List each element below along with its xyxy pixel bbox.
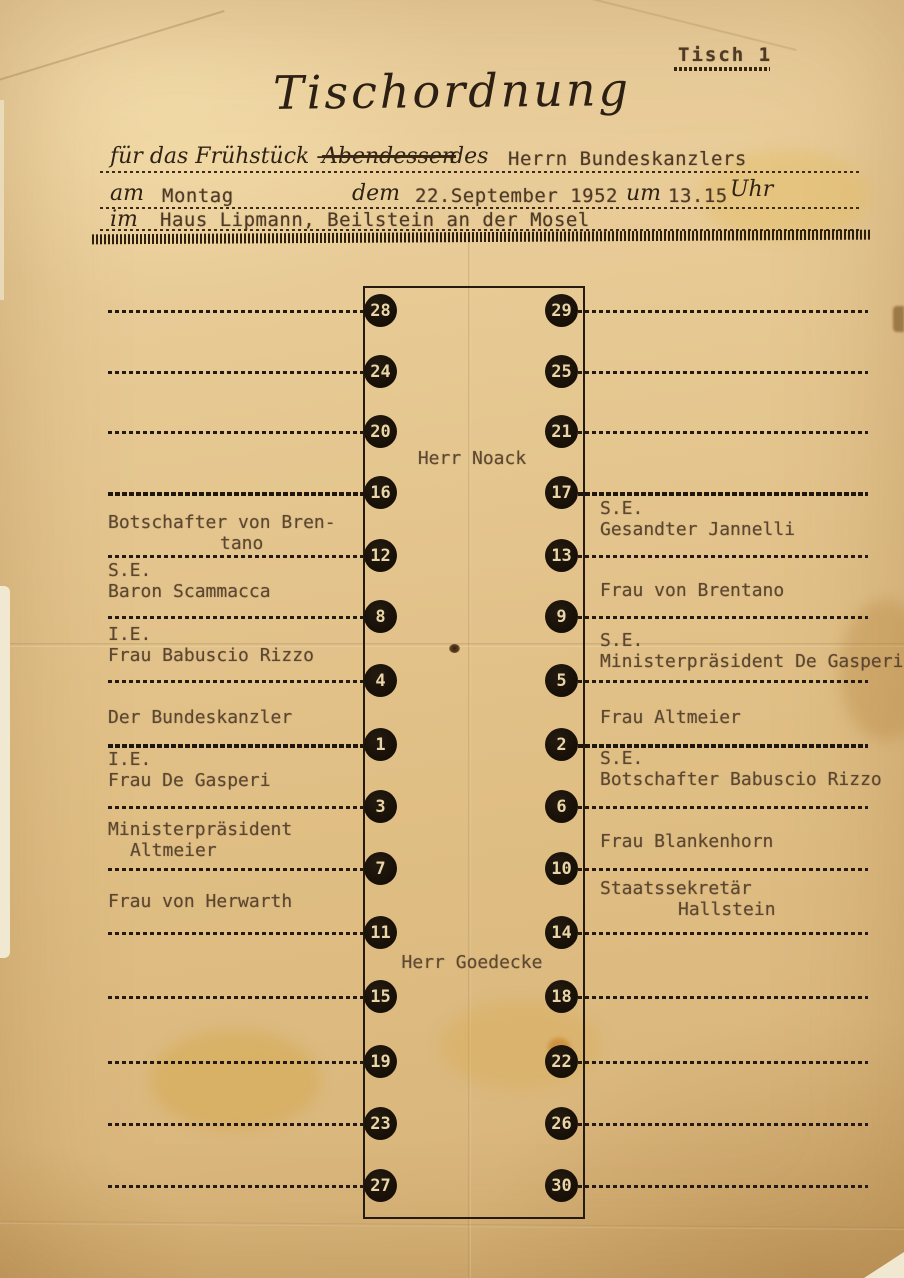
seat-number-7: 7 bbox=[364, 852, 397, 885]
seat-line-left bbox=[108, 1061, 366, 1064]
seat-line-left bbox=[108, 1185, 366, 1188]
paper-stain bbox=[150, 1030, 320, 1130]
seat-line-left bbox=[108, 1123, 366, 1126]
handwritten-dem: dem bbox=[352, 181, 400, 206]
guest-name: I.E.Frau De Gasperi bbox=[108, 749, 271, 791]
guest-name-line: Der Bundeskanzler bbox=[108, 707, 292, 728]
table-number-label: Tisch 1 bbox=[678, 44, 772, 66]
guest-name-line: I.E. bbox=[108, 624, 314, 645]
seat-number-24: 24 bbox=[364, 355, 397, 388]
seat-number-14: 14 bbox=[545, 916, 578, 949]
guest-name: S.E.Botschafter Babuscio Rizzo bbox=[600, 748, 882, 790]
seat-line-right bbox=[578, 616, 868, 619]
guest-name-line: S.E. bbox=[600, 748, 882, 769]
seat-number-8: 8 bbox=[364, 600, 397, 633]
scan-edge bbox=[0, 586, 10, 958]
seat-line-right bbox=[578, 371, 868, 374]
seat-number-19: 19 bbox=[364, 1045, 397, 1078]
seat-line-right bbox=[578, 806, 868, 809]
guest-name-line: Frau Altmeier bbox=[600, 707, 741, 728]
guest-name: S.E.Gesandter Jannelli bbox=[600, 498, 795, 540]
seat-number-5: 5 bbox=[545, 664, 578, 697]
guest-name-line: S.E. bbox=[108, 560, 271, 581]
guest-name: Der Bundeskanzler bbox=[108, 707, 292, 728]
handwritten-des: des bbox=[450, 144, 488, 169]
paper-tear bbox=[893, 306, 904, 332]
seat-line-left bbox=[108, 492, 366, 496]
guest-name-line: Ministerpräsident De Gasperi bbox=[600, 651, 903, 672]
guest-name-line: I.E. bbox=[108, 749, 271, 770]
seat-number-12: 12 bbox=[364, 539, 397, 572]
seat-number-15: 15 bbox=[364, 980, 397, 1013]
corner-crease bbox=[0, 10, 225, 88]
seat-number-21: 21 bbox=[545, 415, 578, 448]
guest-name: S.E.Ministerpräsident De Gasperi bbox=[600, 630, 903, 672]
seat-number-30: 30 bbox=[545, 1169, 578, 1202]
seat-line-right bbox=[578, 492, 868, 496]
guest-name: MinisterpräsidentAltmeier bbox=[108, 819, 292, 861]
seat-number-1: 1 bbox=[364, 728, 397, 761]
guest-name-line: Baron Scammacca bbox=[108, 581, 271, 602]
guest-name-line: Frau Babuscio Rizzo bbox=[108, 645, 314, 666]
seat-number-9: 9 bbox=[545, 600, 578, 633]
seat-line-left bbox=[108, 310, 366, 313]
seat-number-26: 26 bbox=[545, 1107, 578, 1140]
document-page: Tisch 1 Tischordnung für das Frühstück -… bbox=[0, 0, 904, 1278]
guest-name-line: Gesandter Jannelli bbox=[600, 519, 795, 540]
guest-name-line: Ministerpräsident bbox=[108, 819, 292, 840]
seat-line-right bbox=[578, 1061, 868, 1064]
guest-name-line: Frau De Gasperi bbox=[108, 770, 271, 791]
seat-number-27: 27 bbox=[364, 1169, 397, 1202]
handwritten-occasion-prefix: für das Frühstück - bbox=[110, 144, 324, 169]
seat-line-left bbox=[108, 616, 366, 619]
host-name-top: Herr Noack bbox=[363, 448, 581, 469]
typed-weekday: Montag bbox=[162, 185, 234, 207]
seat-number-6: 6 bbox=[545, 790, 578, 823]
seat-number-20: 20 bbox=[364, 415, 397, 448]
typed-guest-of-honor: Herrn Bundeskanzlers bbox=[508, 148, 747, 170]
form-rule bbox=[100, 171, 862, 173]
seat-line-left bbox=[108, 744, 366, 748]
guest-name-line: Altmeier bbox=[130, 840, 292, 861]
seat-line-left bbox=[108, 806, 366, 809]
seat-line-right bbox=[578, 431, 868, 434]
seat-number-17: 17 bbox=[545, 476, 578, 509]
guest-name-line: Staatssekretär bbox=[600, 878, 776, 899]
seat-line-right bbox=[578, 555, 868, 558]
handwritten-struck-word: Abendessen bbox=[322, 144, 456, 169]
seat-line-right bbox=[578, 932, 868, 935]
guest-name-line: Frau von Herwarth bbox=[108, 891, 292, 912]
guest-name-line: Botschafter Babuscio Rizzo bbox=[600, 769, 882, 790]
guest-name-line: Frau Blankenhorn bbox=[600, 831, 773, 852]
typed-date: 22.September 1952 bbox=[415, 185, 618, 207]
seat-line-left bbox=[108, 555, 366, 558]
seat-number-10: 10 bbox=[545, 852, 578, 885]
guest-name-line: tano bbox=[220, 533, 336, 554]
seat-number-18: 18 bbox=[545, 980, 578, 1013]
seat-number-4: 4 bbox=[364, 664, 397, 697]
guest-name: S.E.Baron Scammacca bbox=[108, 560, 271, 602]
seat-number-29: 29 bbox=[545, 294, 578, 327]
seat-line-right bbox=[578, 680, 868, 683]
seat-line-left bbox=[108, 996, 366, 999]
guest-name: Frau von Brentano bbox=[600, 580, 784, 601]
seat-line-left bbox=[108, 680, 366, 683]
handwritten-uhr: Uhr bbox=[730, 177, 773, 202]
guest-name-line: Botschafter von Bren- bbox=[108, 512, 336, 533]
handwritten-am: am bbox=[110, 181, 144, 206]
guest-name: Frau Blankenhorn bbox=[600, 831, 773, 852]
host-name-bottom: Herr Goedecke bbox=[363, 952, 581, 973]
seat-number-2: 2 bbox=[545, 728, 578, 761]
guest-name-line: S.E. bbox=[600, 630, 903, 651]
seat-number-13: 13 bbox=[545, 539, 578, 572]
guest-name-line: S.E. bbox=[600, 498, 795, 519]
seat-number-16: 16 bbox=[364, 476, 397, 509]
table-number-underline bbox=[674, 67, 770, 71]
bottom-crease bbox=[0, 1221, 904, 1230]
scan-edge bbox=[864, 1252, 904, 1278]
guest-name: Botschafter von Bren-tano bbox=[108, 512, 336, 554]
page-title: Tischordnung bbox=[252, 62, 653, 120]
typed-time: 13.15 bbox=[668, 185, 728, 207]
separator-line bbox=[92, 230, 872, 245]
guest-name: Frau von Herwarth bbox=[108, 891, 292, 912]
seat-number-23: 23 bbox=[364, 1107, 397, 1140]
guest-name: I.E.Frau Babuscio Rizzo bbox=[108, 624, 314, 666]
seat-number-11: 11 bbox=[364, 916, 397, 949]
seat-line-left bbox=[108, 371, 366, 374]
seat-line-right bbox=[578, 310, 868, 313]
typed-location: Haus Lipmann, Beilstein an der Mosel bbox=[160, 209, 590, 231]
seat-number-3: 3 bbox=[364, 790, 397, 823]
seat-line-right bbox=[578, 1185, 868, 1188]
seat-line-right bbox=[578, 1123, 868, 1126]
seat-line-left bbox=[108, 431, 366, 434]
guest-name: StaatssekretärHallstein bbox=[600, 878, 776, 920]
seat-number-28: 28 bbox=[364, 294, 397, 327]
seat-line-left bbox=[108, 868, 366, 871]
guest-name-line: Frau von Brentano bbox=[600, 580, 784, 601]
seat-line-right bbox=[578, 996, 868, 999]
seat-line-left bbox=[108, 932, 366, 935]
seat-number-22: 22 bbox=[545, 1045, 578, 1078]
seat-line-right bbox=[578, 868, 868, 871]
guest-name-line: Hallstein bbox=[678, 899, 776, 920]
seat-number-25: 25 bbox=[545, 355, 578, 388]
scan-edge bbox=[0, 100, 4, 300]
guest-name: Frau Altmeier bbox=[600, 707, 741, 728]
handwritten-um: um bbox=[626, 181, 661, 206]
